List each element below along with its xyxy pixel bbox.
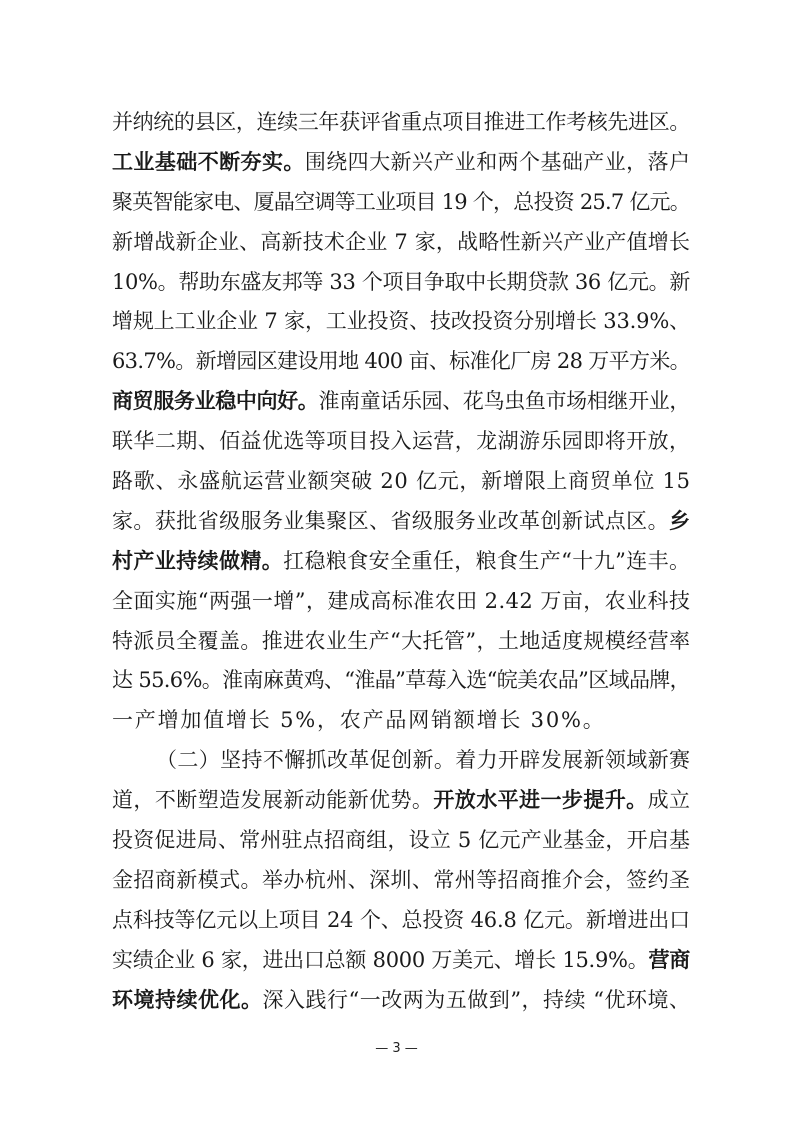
text-line: （二）坚持不懈抓改革促创新。着力开辟发展新领域新赛 [112,741,690,781]
body-text-segment: 围绕四大新兴产业和两个基础产业，落户 [305,150,691,174]
bold-heading-text: 开放水平进一步提升。 [433,788,647,812]
body-text-segment: 金招商新模式。举办杭州、深圳、常州等招商推介会，签约圣 [112,868,690,892]
body-text-segment: 道，不断塑造发展新动能新优势。 [112,788,433,812]
bold-heading-text: 村产业持续做精。 [112,549,283,573]
text-line: 商贸服务业稳中向好。淮南童话乐园、花鸟虫鱼市场相继开业， [112,382,690,422]
text-line: 10%。帮助东盛友邦等 33 个项目争取中长期贷款 36 亿元。新 [112,263,690,303]
body-text-segment: 扛稳粮食安全重任，粮食生产“十九”连丰。 [283,549,690,573]
text-line: 增规上工业企业 7 家，工业投资、技改投资分别增长 33.9%、 [112,302,690,342]
text-line: 环境持续优化。深入践行“一改两为五做到”，持续 “优环境、 [112,981,690,1021]
bold-heading-text: 环境持续优化。 [112,988,263,1012]
body-text-segment: 投资促进局、常州驻点招商组，设立 5 亿元产业基金，开启基 [112,828,690,852]
text-line: 投资促进局、常州驻点招商组，设立 5 亿元产业基金，开启基 [112,821,690,861]
body-text-segment: 增规上工业企业 7 家，工业投资、技改投资分别增长 33.9%、 [112,309,690,333]
body-text-segment: 实绩企业 6 家，进出口总额 8000 万美元、增长 15.9%。 [112,948,649,972]
body-text-segment: 家。获批省级服务业集聚区、省级服务业改革创新试点区。 [112,509,669,533]
document-page: 并纳统的县区，连续三年获评省重点项目推进工作考核先进区。工业基础不断夯实。围绕四… [0,0,793,1122]
body-text-segment: 并纳统的县区，连续三年获评省重点项目推进工作考核先进区。 [112,110,690,134]
bold-heading-text: 乡 [669,509,690,533]
body-text-segment: 一产增加值增长 5%，农产品网销额增长 30%。 [112,708,606,732]
body-text-segment: 成立 [648,788,691,812]
page-number: — 3 — [0,1041,793,1056]
body-text-segment: 点科技等亿元以上项目 24 个、总投资 46.8 亿元。新增进出口 [112,908,690,932]
body-text-segment: 淮南童话乐园、花鸟虫鱼市场相继开业， [318,389,690,413]
body-text-segment: 10%。帮助东盛友邦等 33 个项目争取中长期贷款 36 亿元。新 [112,270,690,294]
body-text-segment: 路歌、永盛航运营业额突破 20 亿元，新增限上商贸单位 15 [112,469,691,493]
text-line: 联华二期、佰益优选等项目投入运营，龙湖游乐园即将开放， [112,422,690,462]
body-text-segment: 全面实施“两强一增”，建成高标准农田 2.42 万亩，农业科技 [112,589,690,613]
text-line: 工业基础不断夯实。围绕四大新兴产业和两个基础产业，落户 [112,143,690,183]
body-text-segment: 聚英智能家电、厦晶空调等工业项目 19 个，总投资 25.7 亿元。 [112,190,690,214]
text-line: 道，不断塑造发展新动能新优势。开放水平进一步提升。成立 [112,781,690,821]
body-text-segment: 达 55.6%。淮南麻黄鸡、“淮晶”草莓入选“皖美农品”区域品牌， [112,668,690,692]
bold-heading-text: 商贸服务业稳中向好。 [112,389,318,413]
text-line: 路歌、永盛航运营业额突破 20 亿元，新增限上商贸单位 15 [112,462,690,502]
text-line: 达 55.6%。淮南麻黄鸡、“淮晶”草莓入选“皖美农品”区域品牌， [112,661,690,701]
body-text-segment: （二）坚持不懈抓改革促创新。着力开辟发展新领域新赛 [156,748,690,772]
text-line: 全面实施“两强一增”，建成高标准农田 2.42 万亩，农业科技 [112,582,690,622]
bold-heading-text: 工业基础不断夯实。 [112,150,305,174]
body-text-segment: 联华二期、佰益优选等项目投入运营，龙湖游乐园即将开放， [112,429,690,453]
text-line: 63.7%。新增园区建设用地 400 亩、标准化厂房 28 万平方米。 [112,342,690,382]
body-text-segment: 63.7%。新增园区建设用地 400 亩、标准化厂房 28 万平方米。 [112,349,690,373]
text-line: 家。获批省级服务业集聚区、省级服务业改革创新试点区。乡 [112,502,690,542]
text-line: 实绩企业 6 家，进出口总额 8000 万美元、增长 15.9%。营商 [112,941,690,981]
text-line: 特派员全覆盖。推进农业生产“大托管”，土地适度规模经营率 [112,622,690,662]
text-line: 聚英智能家电、厦晶空调等工业项目 19 个，总投资 25.7 亿元。 [112,183,690,223]
body-text-segment: 特派员全覆盖。推进农业生产“大托管”，土地适度规模经营率 [112,629,690,653]
body-text-segment: 深入践行“一改两为五做到”，持续 “优环境、 [263,988,691,1012]
body-text-segment: 新增战新企业、高新技术企业 7 家，战略性新兴产业产值增长 [112,230,690,254]
bold-heading-text: 营商 [649,948,691,972]
text-line: 点科技等亿元以上项目 24 个、总投资 46.8 亿元。新增进出口 [112,901,690,941]
text-line: 并纳统的县区，连续三年获评省重点项目推进工作考核先进区。 [112,103,690,143]
text-line: 一产增加值增长 5%，农产品网销额增长 30%。 [112,701,690,741]
body-text: 并纳统的县区，连续三年获评省重点项目推进工作考核先进区。工业基础不断夯实。围绕四… [112,103,690,1020]
text-line: 新增战新企业、高新技术企业 7 家，战略性新兴产业产值增长 [112,223,690,263]
text-line: 村产业持续做精。扛稳粮食安全重任，粮食生产“十九”连丰。 [112,542,690,582]
text-line: 金招商新模式。举办杭州、深圳、常州等招商推介会，签约圣 [112,861,690,901]
